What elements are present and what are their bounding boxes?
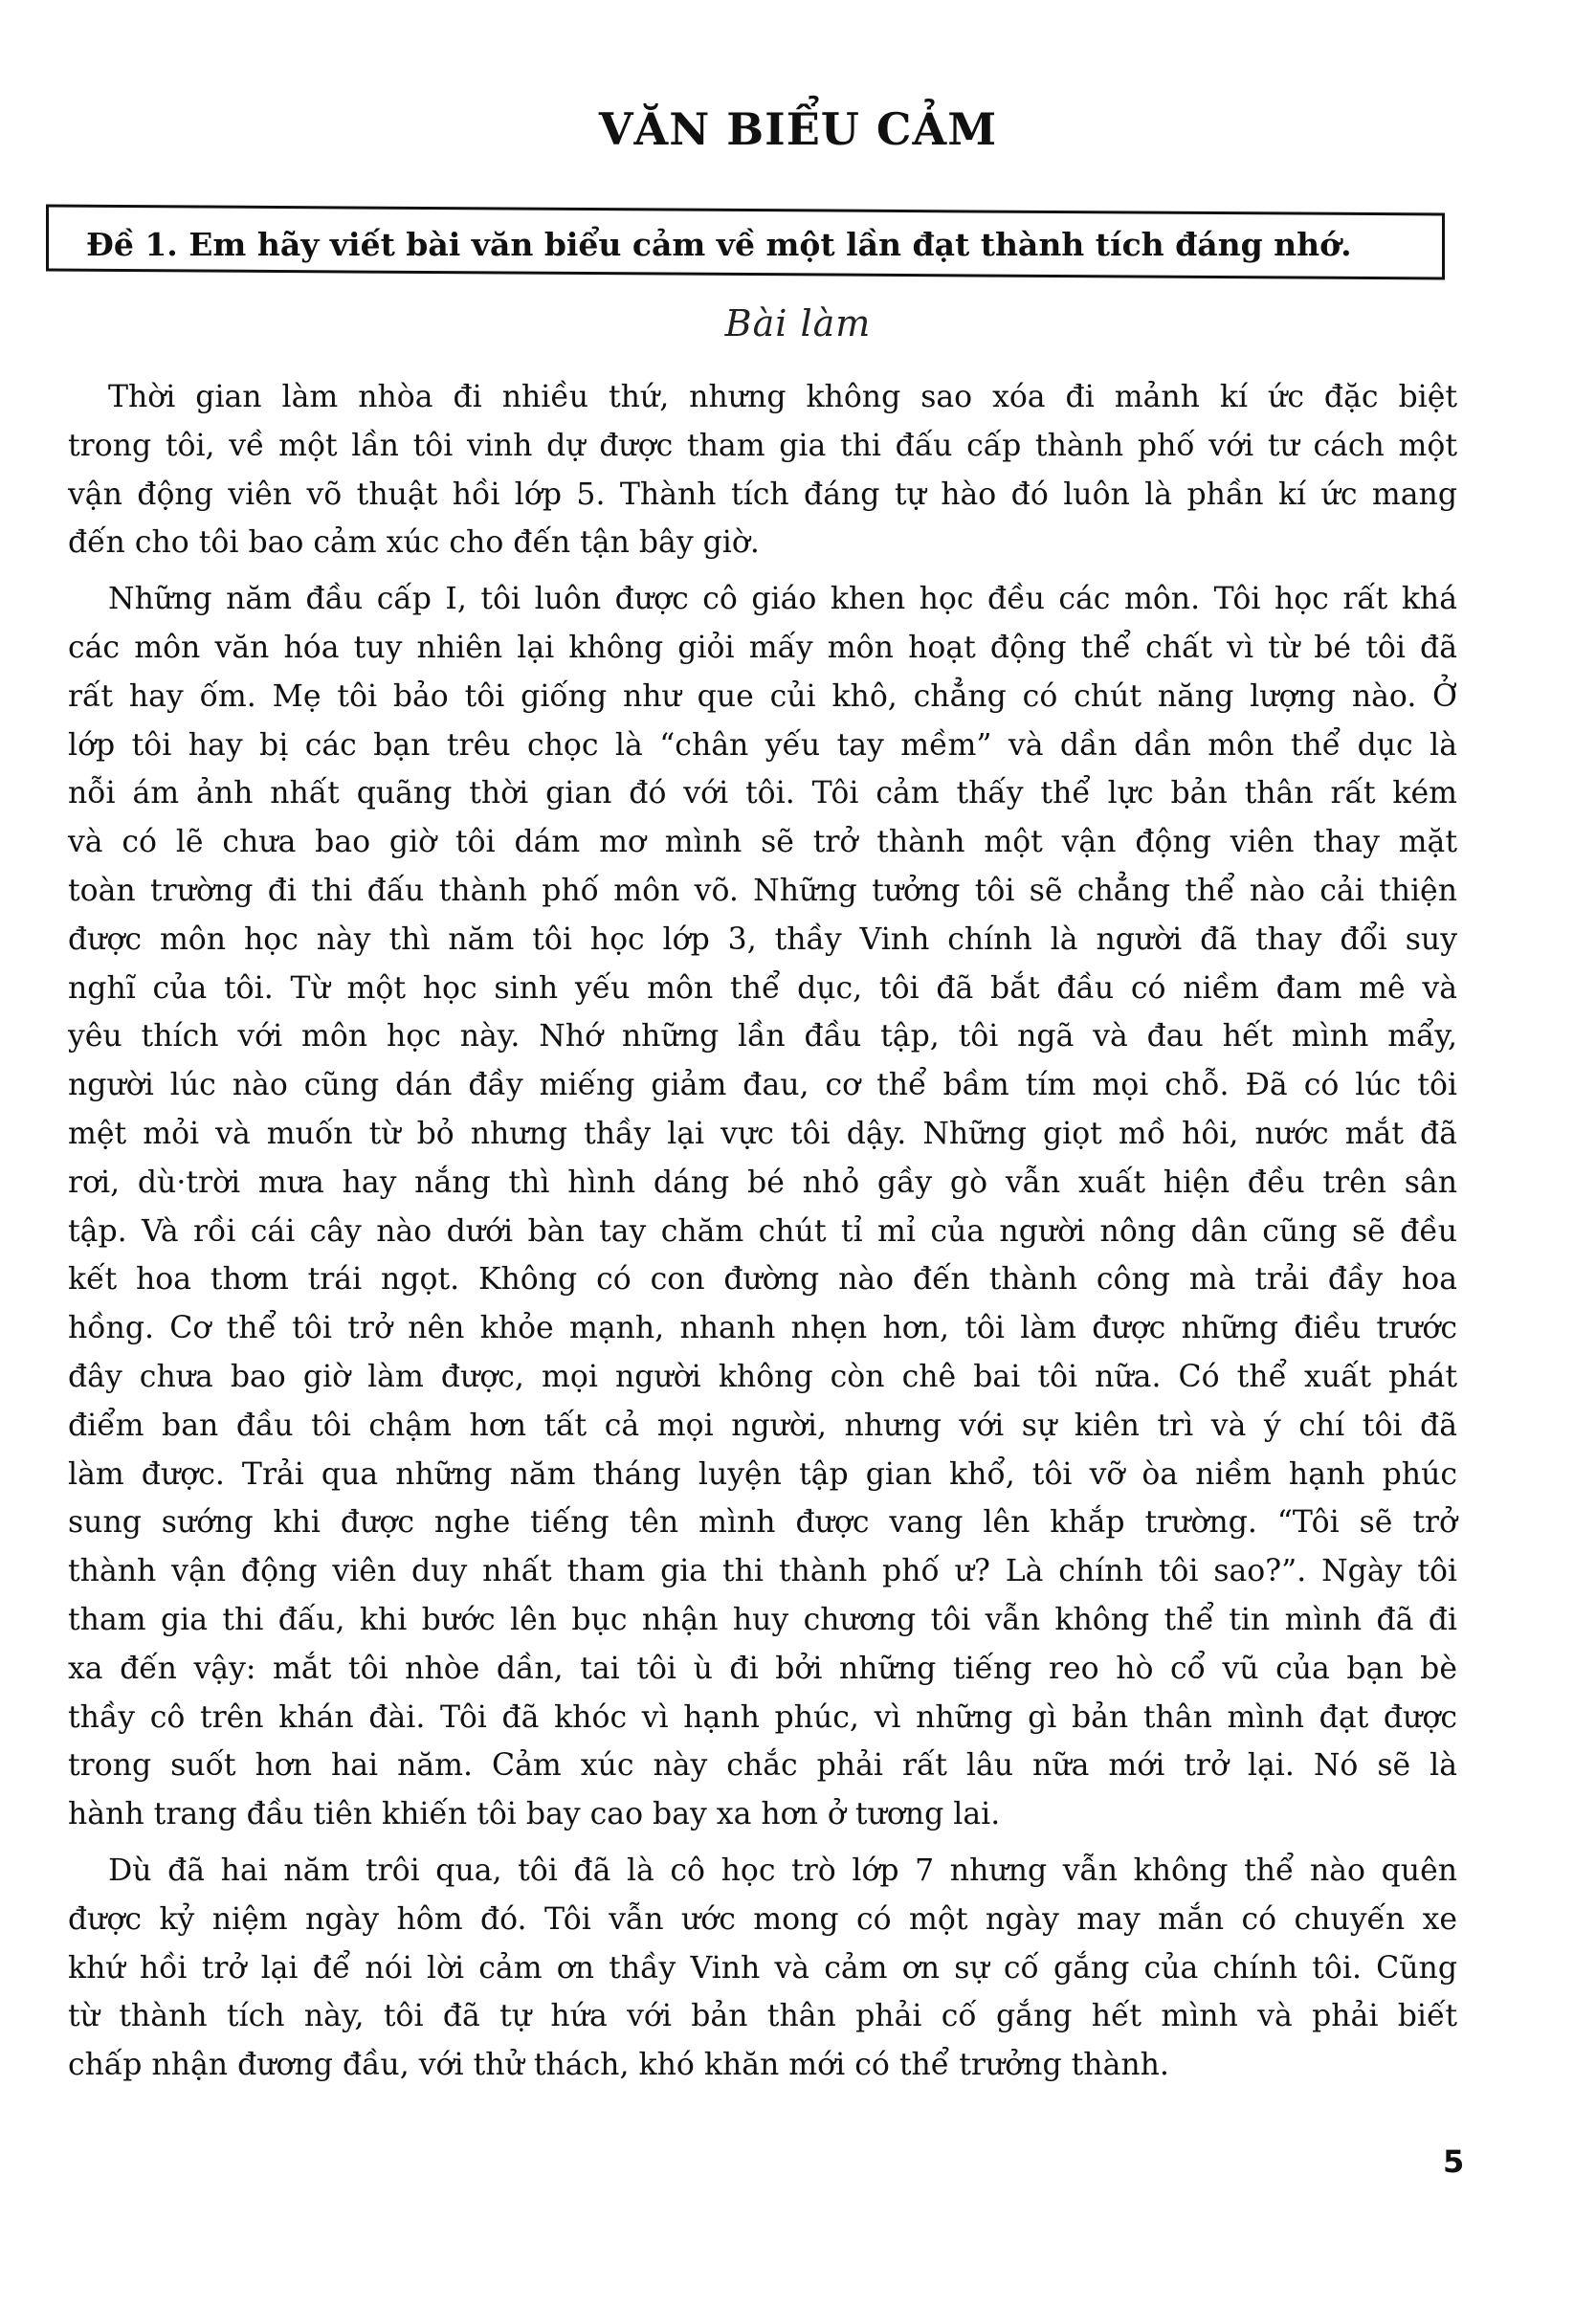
- text-line: Dù đã hai năm trôi qua, tôi đã là cô học…: [68, 1847, 1457, 1896]
- paragraph-3: Dù đã hai năm trôi qua, tôi đã là cô học…: [68, 1847, 1457, 2090]
- essay-prompt: Đề 1. Em hãy viết bài văn biểu cảm về mộ…: [86, 226, 1445, 263]
- text-line: toàn trường đi thi đấu thành phố môn võ.…: [68, 867, 1457, 916]
- text-line: tập. Và rồi cái cây nào dưới bàn tay chă…: [68, 1208, 1457, 1256]
- text-line: chấp nhận đương đầu, với thử thách, khó …: [68, 2041, 1457, 2090]
- text-line: vận động viên võ thuật hồi lớp 5. Thành …: [68, 471, 1457, 520]
- text-line: trong tôi, về một lần tôi vinh dự được t…: [68, 422, 1457, 471]
- answer-heading: Bài làm: [0, 302, 1596, 344]
- text-line: mệt mỏi và muốn từ bỏ nhưng thầy lại vực…: [68, 1110, 1457, 1159]
- text-line: đây chưa bao giờ làm được, mọi người khô…: [68, 1353, 1457, 1402]
- essay-body: Thời gian làm nhòa đi nhiều thứ, nhưng k…: [68, 373, 1457, 2097]
- text-line: trong suốt hơn hai năm. Cảm xúc này chắc…: [68, 1742, 1457, 1790]
- text-line: người lúc nào cũng dán đầy miếng giảm đa…: [68, 1061, 1457, 1110]
- text-line: được môn học này thì năm tôi học lớp 3, …: [68, 916, 1457, 965]
- text-line: xa đến vậy: mắt tôi nhòe dần, tai tôi ù …: [68, 1645, 1457, 1694]
- text-line: yêu thích với môn học này. Nhớ những lần…: [68, 1012, 1457, 1061]
- text-line: đến cho tôi bao cảm xúc cho đến tận bây …: [68, 519, 1457, 567]
- section-title: VĂN BIỂU CẢM: [0, 103, 1596, 155]
- text-line: các môn văn hóa tuy nhiên lại không giỏi…: [68, 624, 1457, 673]
- text-line: hành trang đầu tiên khiến tôi bay cao ba…: [68, 1790, 1457, 1839]
- text-line: sung sướng khi được nghe tiếng tên mình …: [68, 1498, 1457, 1547]
- text-line: làm được. Trải qua những năm tháng luyện…: [68, 1451, 1457, 1499]
- text-line: Những năm đầu cấp I, tôi luôn được cô gi…: [68, 575, 1457, 624]
- text-line: điểm ban đầu tôi chậm hơn tất cả mọi ngư…: [68, 1402, 1457, 1451]
- text-line: nghĩ của tôi. Từ một học sinh yếu môn th…: [68, 965, 1457, 1013]
- text-line: Thời gian làm nhòa đi nhiều thứ, nhưng k…: [68, 373, 1457, 422]
- text-line: khứ hồi trở lại để nói lời cảm ơn thầy V…: [68, 1944, 1457, 1993]
- book-page: VĂN BIỂU CẢM Đề 1. Em hãy viết bài văn b…: [0, 0, 1596, 2308]
- paragraph-2: Những năm đầu cấp I, tôi luôn được cô gi…: [68, 575, 1457, 1839]
- text-line: từ thành tích này, tôi đã tự hứa với bản…: [68, 1992, 1457, 2041]
- text-line: rất hay ốm. Mẹ tôi bảo tôi giống như que…: [68, 673, 1457, 721]
- text-line: tham gia thi đấu, khi bước lên bục nhận …: [68, 1596, 1457, 1645]
- text-line: thầy cô trên khán đài. Tôi đã khóc vì hạ…: [68, 1694, 1457, 1742]
- text-line: lớp tôi hay bị các bạn trêu chọc là “châ…: [68, 721, 1457, 770]
- text-line: kết hoa thơm trái ngọt. Không có con đườ…: [68, 1255, 1457, 1304]
- text-line: và có lẽ chưa bao giờ tôi dám mơ mình sẽ…: [68, 818, 1457, 867]
- text-line: hồng. Cơ thể tôi trở nên khỏe mạnh, nhan…: [68, 1304, 1457, 1353]
- paragraph-1: Thời gian làm nhòa đi nhiều thứ, nhưng k…: [68, 373, 1457, 567]
- text-line: thành vận động viên duy nhất tham gia th…: [68, 1547, 1457, 1596]
- text-line: được kỷ niệm ngày hôm đó. Tôi vẫn ước mo…: [68, 1896, 1457, 1944]
- text-line: nỗi ám ảnh nhất quãng thời gian đó với t…: [68, 769, 1457, 818]
- page-number: 5: [1443, 2143, 1464, 2180]
- text-line: rơi, dù·trời mưa hay nắng thì hình dáng …: [68, 1159, 1457, 1208]
